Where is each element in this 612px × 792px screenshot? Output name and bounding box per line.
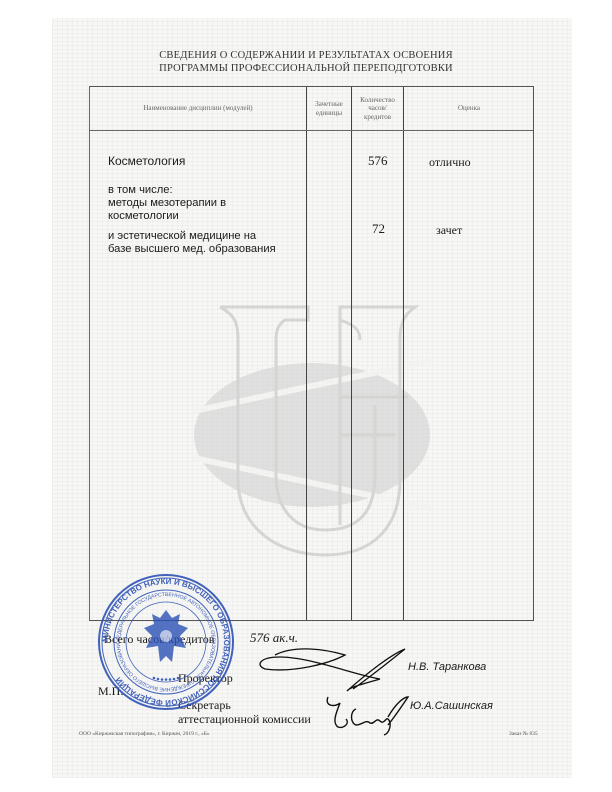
column-divider <box>403 87 404 620</box>
printer-info: ООО «Киржачская типография», г. Киржач, … <box>79 731 210 737</box>
header-grade: Оценка <box>404 87 534 130</box>
header-credits-text: Зачетные единицы <box>312 100 346 116</box>
secretary-name: Ю.А.Сашинская <box>410 700 493 712</box>
subdiscipline-line: и эстетической медицине на <box>108 230 276 243</box>
subdiscipline-line: методы мезотерапии в <box>108 197 276 210</box>
header-hours-text: Количество часов/ кредитов <box>358 96 398 120</box>
vice-rector-signature <box>255 645 415 695</box>
document-title-line-2: ПРОГРАММЫ ПРОФЕССИОНАЛЬНОЙ ПЕРЕПОДГОТОВК… <box>0 63 612 74</box>
secretary-title-line-2: аттестационной комиссии <box>178 712 311 727</box>
total-hours-value: 576 ак.ч. <box>250 630 298 646</box>
discipline-hours: 576 <box>368 153 388 169</box>
subdiscipline-grade: зачет <box>436 223 462 238</box>
subdiscipline-name: в том числе: методы мезотерапии в космет… <box>108 184 276 256</box>
header-hours: Количество часов/ кредитов <box>352 87 403 130</box>
discipline-name: Косметология <box>108 154 185 168</box>
subdiscipline-hours: 72 <box>372 221 385 237</box>
discipline-grade: отлично <box>429 155 471 170</box>
order-number: Заказ № 835 <box>509 731 538 737</box>
header-divider <box>90 130 533 131</box>
document-title-line-1: СВЕДЕНИЯ О СОДЕРЖАНИИ И РЕЗУЛЬТАТАХ ОСВО… <box>0 50 612 61</box>
vice-rector-name: Н.В. Таранкова <box>408 661 486 673</box>
column-divider <box>306 87 307 620</box>
column-divider <box>351 87 352 620</box>
subdiscipline-line: в том числе: <box>108 184 276 197</box>
subdiscipline-line: косметологии <box>108 210 276 223</box>
disciplines-table: Наименование дисциплин (модулей) Зачетны… <box>89 86 534 621</box>
secretary-signature <box>322 693 412 738</box>
official-seal-stamp: МИНИСТЕРСТВО НАУКИ И ВЫСШЕГО ОБРАЗОВАНИЯ… <box>96 572 236 712</box>
header-credits: Зачетные единицы <box>307 87 351 130</box>
header-discipline: Наименование дисциплин (модулей) <box>90 87 306 130</box>
subdiscipline-line: базе высшего мед. образования <box>108 243 276 256</box>
